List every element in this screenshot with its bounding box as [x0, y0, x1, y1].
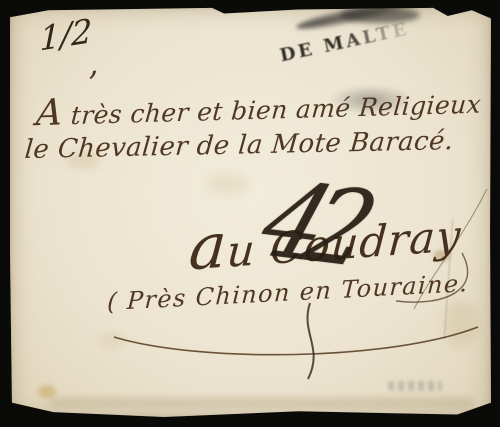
flourish-comma: ,: [86, 44, 99, 83]
foxing-stain: [38, 385, 56, 398]
postmark-de-malte: DE MALTE: [260, 0, 441, 89]
foxing-stain: [444, 299, 478, 347]
letter-cover: 1/2 , DE MALTE A très cher et bien amé R…: [10, 7, 491, 417]
address-line-1: A très cher et bien amé Religieux: [35, 79, 483, 135]
photo-stage: 1/2 , DE MALTE A très cher et bien amé R…: [0, 0, 500, 427]
descender-stroke: [307, 303, 313, 379]
pencil-note: [388, 381, 442, 391]
manuscript-half-rate: 1/2: [39, 11, 92, 59]
paper-crease: [16, 0, 78, 14]
fold-shadow-band: [50, 397, 474, 408]
foxing-stain: [98, 333, 124, 348]
foxing-stain: [206, 173, 250, 195]
underline-swash: [114, 327, 478, 355]
